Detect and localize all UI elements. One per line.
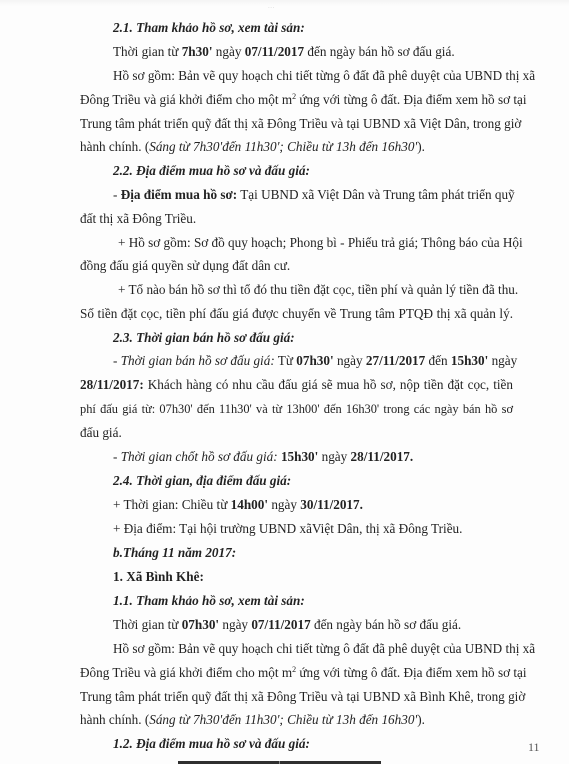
paragraph-line: + Địa điểm: Tại hội trường UBND xãViệt D… xyxy=(113,521,462,537)
paragraph-line: Thời gian từ 07h30' ngày 07/11/2017 đến … xyxy=(113,617,461,633)
paragraph-line: Số tiền đặt cọc, tiền phí đấu giá được c… xyxy=(80,306,513,322)
section-2-3-heading: 2.3. Thời gian bán hồ sơ đấu giá: xyxy=(113,330,295,346)
paragraph-line: đấu giá. xyxy=(80,425,122,441)
paragraph-line: - Thời gian chốt hồ sơ đấu giá: 15h30' n… xyxy=(113,449,413,465)
paragraph-line: + Tổ nào bán hồ sơ thì tổ đó thu tiền đặ… xyxy=(118,282,513,298)
commune-binh-khe-heading: 1. Xã Bình Khê: xyxy=(113,569,204,585)
paragraph-line: đồng đấu giá quyền sử dụng đất dân cư. xyxy=(80,258,290,274)
paragraph-line: + Thời gian: Chiều từ 14h00' ngày 30/11/… xyxy=(113,497,363,513)
section-b-heading: b.Tháng 11 năm 2017: xyxy=(113,545,236,561)
document-page: ... 2.1. Tham khảo hồ sơ, xem tài sản: T… xyxy=(0,0,569,764)
page-number: 11 xyxy=(528,740,540,755)
paragraph-line: Trung tâm phát triển quỹ đất thị xã Đông… xyxy=(80,689,513,705)
section-2-1-heading: 2.1. Tham khảo hồ sơ, xem tài sản: xyxy=(113,20,305,36)
paragraph-line: Đông Triều và giá khởi điểm cho một m2 ứ… xyxy=(80,665,513,681)
section-1-2-heading: 1.2. Địa điểm mua hồ sơ và đấu giá: xyxy=(113,736,310,752)
paragraph-line: + Hồ sơ gồm: Sơ đồ quy hoạch; Phong bì -… xyxy=(118,235,513,251)
paragraph-line: Đông Triều và giá khởi điểm cho một m2 ứ… xyxy=(80,92,513,108)
page-stamp: ... xyxy=(268,2,275,10)
paragraph-line: hành chính. (Sáng từ 7h30'đến 11h30'; Ch… xyxy=(80,712,425,728)
paragraph-line: đất thị xã Đông Triều. xyxy=(80,211,196,227)
section-2-4-heading: 2.4. Thời gian, địa điểm đấu giá: xyxy=(113,473,291,489)
paragraph-line: phí đấu giá từ: 07h30' đến 11h30' và từ … xyxy=(80,401,513,417)
paragraph-line: Thời gian từ 7h30' ngày 07/11/2017 đến n… xyxy=(113,44,455,60)
paragraph-line: Trung tâm phát triển quỹ đất thị xã Đông… xyxy=(80,116,513,132)
section-2-2-heading: 2.2. Địa điểm mua hồ sơ và đấu giá: xyxy=(113,163,310,179)
section-1-1-heading: 1.1. Tham khảo hồ sơ, xem tài sản: xyxy=(113,593,305,609)
paragraph-line: hành chính. (Sáng từ 7h30'đến 11h30'; Ch… xyxy=(80,139,425,155)
paragraph-line: - Địa điểm mua hồ sơ: Tại UBND xã Việt D… xyxy=(113,187,513,203)
paragraph-line: 28/11/2017: Khách hàng có nhu cầu đấu gi… xyxy=(80,377,513,393)
paragraph-line: - Thời gian bán hồ sơ đấu giá: Từ 07h30'… xyxy=(113,353,513,369)
paragraph-line: Hồ sơ gồm: Bản vẽ quy hoạch chi tiết từn… xyxy=(113,641,513,657)
paragraph-line: Hồ sơ gồm: Bản vẽ quy hoạch chi tiết từn… xyxy=(113,68,513,84)
